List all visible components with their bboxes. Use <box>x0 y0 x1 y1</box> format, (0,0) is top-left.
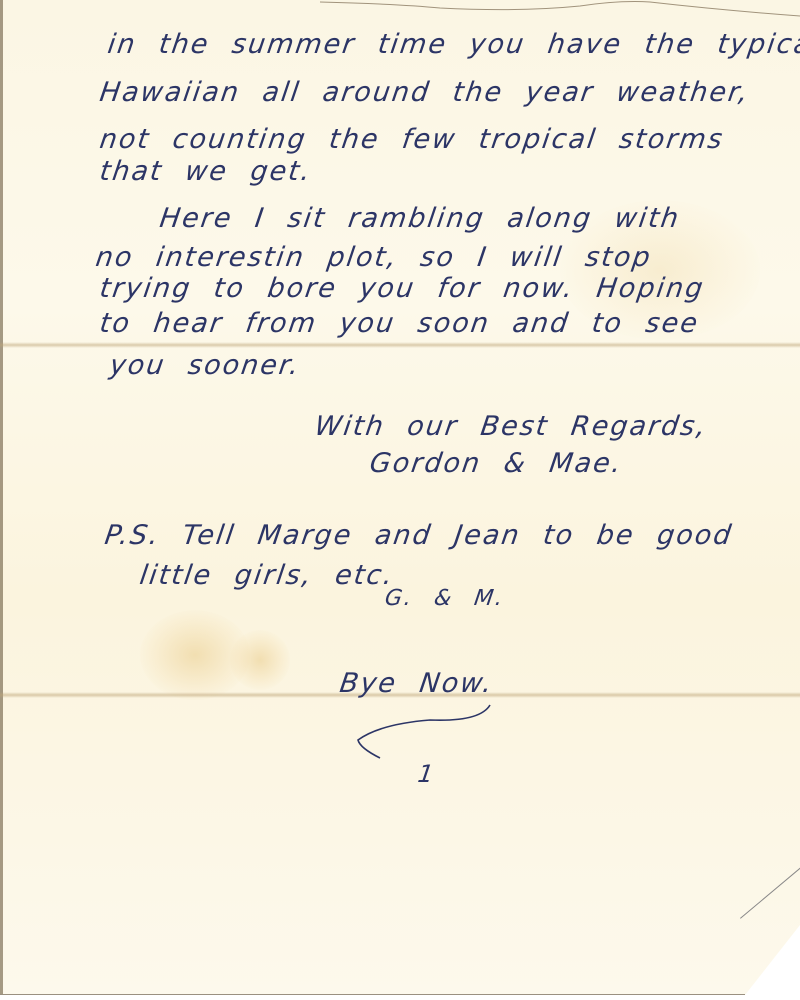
letter-line: that we get. <box>98 158 313 185</box>
page-number: 1 <box>416 762 437 786</box>
water-stain <box>230 630 290 690</box>
paper-edge <box>0 994 745 995</box>
letter-line: to hear from you soon and to see <box>98 310 701 337</box>
signature: Gordon & Mae. <box>368 450 624 477</box>
letter-line: in the summer time you have the typical <box>106 31 800 58</box>
letter-line: no interestin plot, so I will stop <box>94 244 653 271</box>
farewell: Bye Now. <box>338 670 495 697</box>
postscript-line: P.S. Tell Marge and Jean to be good <box>103 522 734 549</box>
closing-line: With our Best Regards, <box>313 413 709 440</box>
postscript-initials: G. & M. <box>383 588 505 610</box>
letter-line: Hawaiian all around the year weather, <box>98 79 751 106</box>
letter-line: Here I sit rambling along with <box>158 205 682 232</box>
letter-line: trying to bore you for now. Hoping <box>98 275 706 302</box>
paper-crease-top <box>320 0 800 20</box>
paper-edge <box>0 0 3 995</box>
letter-line: not counting the few tropical storms <box>98 126 726 153</box>
letter-paper: in the summer time you have the typical … <box>0 0 800 1000</box>
postscript-line: little girls, etc. <box>138 562 396 589</box>
paper-fold <box>0 342 800 348</box>
letter-line: you sooner. <box>108 352 302 379</box>
